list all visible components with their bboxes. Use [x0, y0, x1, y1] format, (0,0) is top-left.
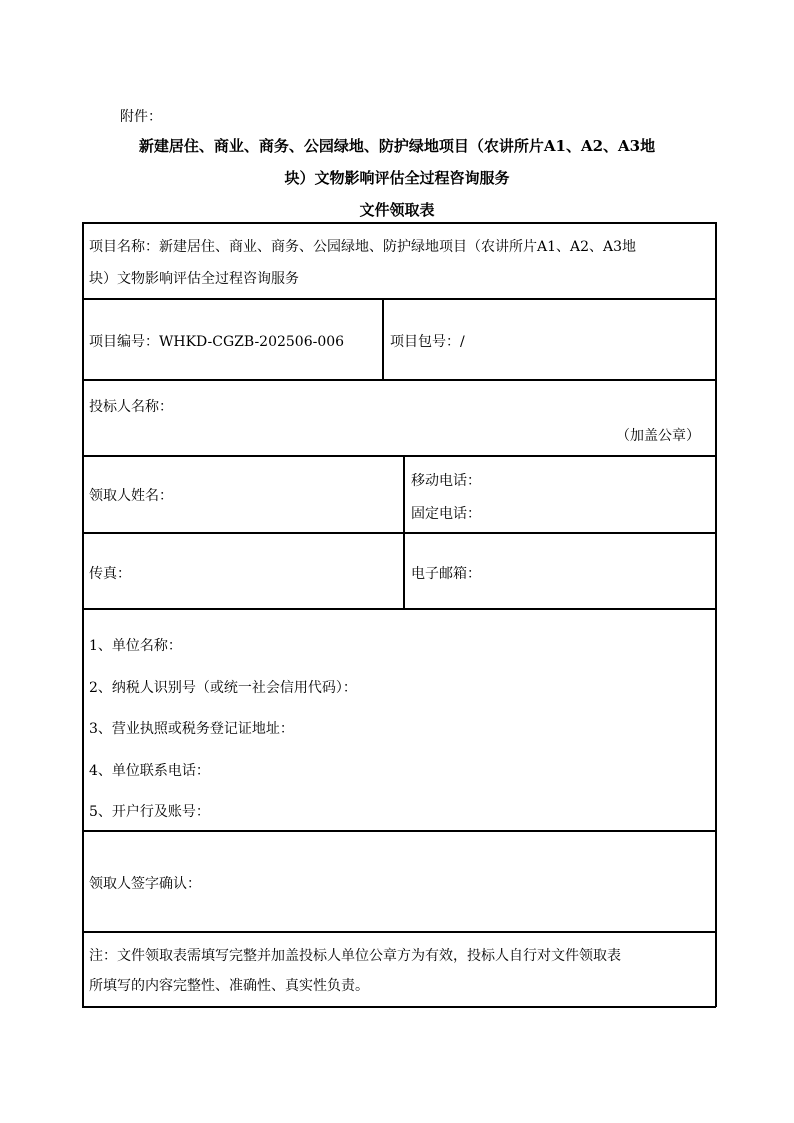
company-name-field[interactable]: 1、单位名称：: [89, 635, 182, 655]
column-divider: [382, 298, 384, 380]
table-border-left: [82, 222, 84, 1007]
project-name-line2: 块）文物影响评估全过程咨询服务: [89, 268, 299, 288]
recipient-name-field[interactable]: 领取人姓名：: [89, 485, 173, 505]
table-border-bottom: [82, 1006, 716, 1008]
table-border-right: [715, 222, 717, 1007]
row-divider: [82, 830, 716, 832]
company-phone-field[interactable]: 4、单位联系电话：: [89, 760, 210, 780]
row-divider: [82, 379, 716, 381]
bidder-name-field[interactable]: 投标人名称：: [89, 396, 173, 416]
email-field[interactable]: 电子邮箱：: [411, 563, 481, 583]
seal-note: （加盖公章）: [616, 425, 700, 445]
project-name-line1: 项目名称：新建居住、商业、商务、公园绿地、防护绿地项目（农讲所片A1、A2、A3…: [89, 236, 636, 256]
landline-phone-field[interactable]: 固定电话：: [411, 503, 481, 523]
package-number: 项目包号：/: [390, 331, 465, 351]
row-divider: [82, 298, 716, 300]
tax-id-field[interactable]: 2、纳税人识别号（或统一社会信用代码）：: [89, 677, 357, 697]
fax-field[interactable]: 传真：: [89, 563, 131, 583]
mobile-phone-field[interactable]: 移动电话：: [411, 470, 481, 490]
license-address-field[interactable]: 3、营业执照或税务登记证地址：: [89, 718, 294, 738]
row-divider: [82, 532, 716, 534]
project-number: 项目编号：WHKD-CGZB-202506-006: [89, 331, 344, 351]
document-title-line1: 新建居住、商业、商务、公园绿地、防护绿地项目（农讲所片A1、A2、A3地: [0, 135, 794, 156]
signature-field[interactable]: 领取人签字确认：: [89, 873, 201, 893]
note-line2: 所填写的内容完整性、准确性、真实性负责。: [89, 975, 369, 995]
row-divider: [82, 931, 716, 933]
bank-account-field[interactable]: 5、开户行及账号：: [89, 801, 210, 821]
row-divider: [82, 455, 716, 457]
attachment-label: 附件：: [120, 106, 162, 126]
form-title: 文件领取表: [0, 199, 794, 220]
document-title-line2: 块）文物影响评估全过程咨询服务: [0, 167, 794, 188]
note-line1: 注：文件领取表需填写完整并加盖投标人单位公章方为有效，投标人自行对文件领取表: [89, 945, 621, 965]
row-divider: [82, 608, 716, 610]
column-divider: [403, 455, 405, 609]
table-border-top: [82, 222, 716, 224]
